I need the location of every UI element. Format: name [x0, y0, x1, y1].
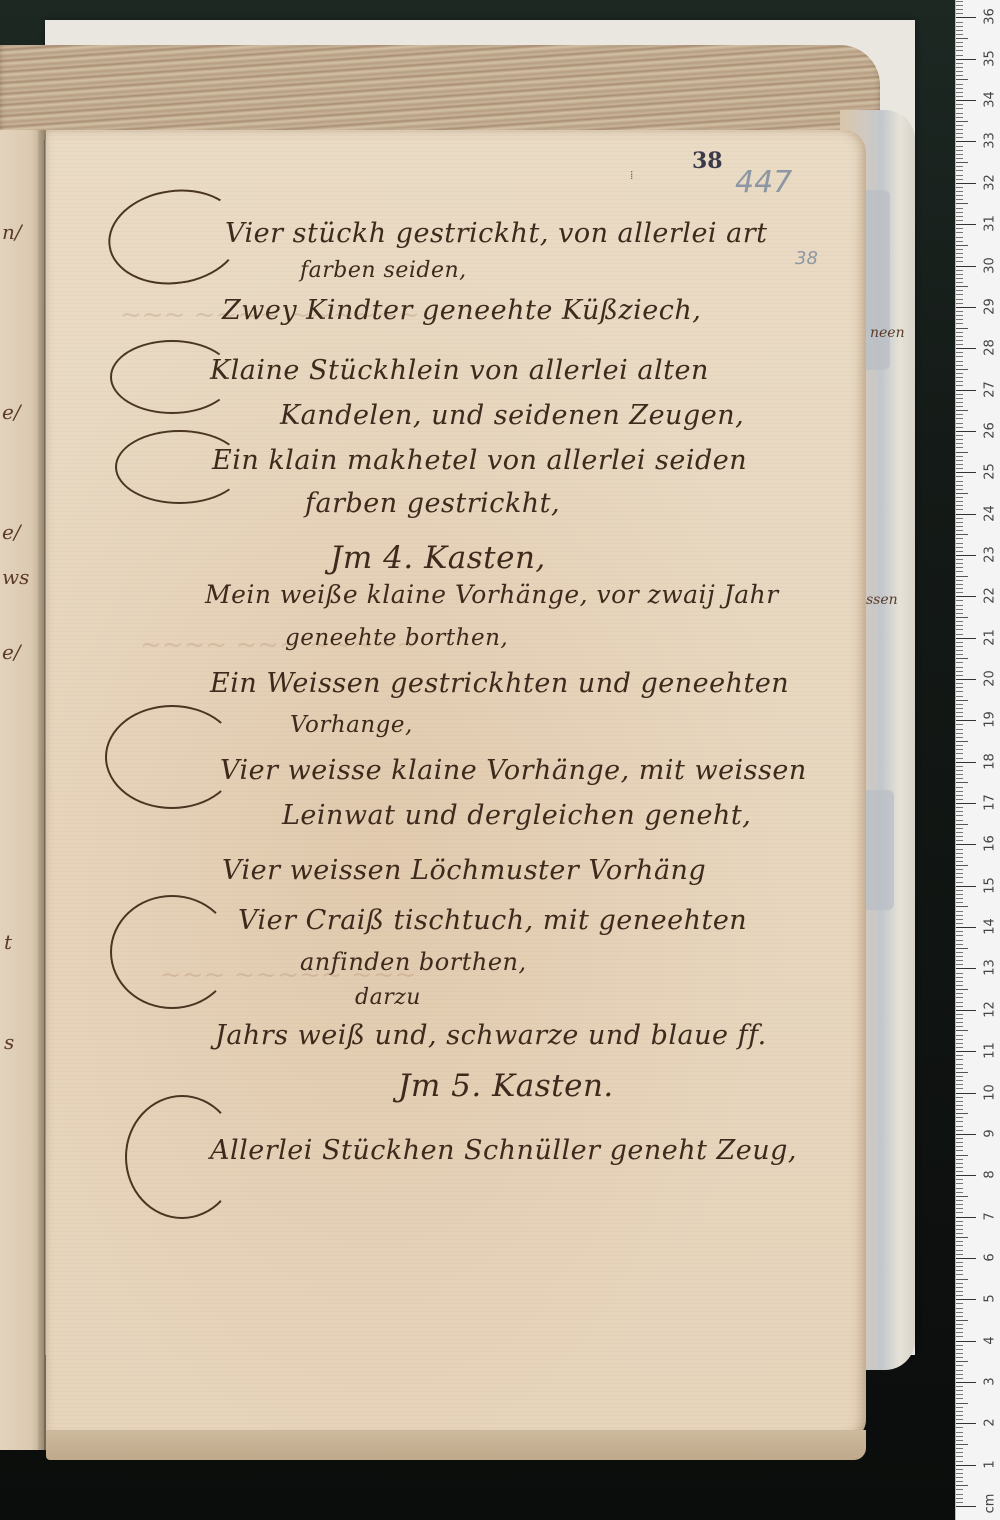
- ruler-tick: [956, 1456, 963, 1457]
- manuscript-line: Mein weiße klaine Vorhänge, vor zwaij Ja…: [205, 580, 779, 609]
- ruler-label: 32: [983, 172, 998, 192]
- ruler-tick: [956, 1473, 963, 1474]
- ruler-tick: [956, 274, 963, 275]
- ruler-tick: [956, 940, 963, 941]
- ruler-tick: [956, 667, 963, 668]
- ruler-tick: [956, 700, 968, 701]
- ruler-tick: [956, 1477, 963, 1478]
- ruler-tick: [956, 1014, 963, 1015]
- manuscript-line: geneehte borthen,: [285, 625, 508, 651]
- ruler-tick: [956, 1088, 963, 1089]
- ruler-tick: [956, 1461, 963, 1462]
- ruler-tick: [956, 1225, 963, 1226]
- manuscript-line: farben seiden,: [300, 258, 467, 283]
- ruler-tick: [956, 71, 963, 72]
- ruler-tick: [956, 1196, 968, 1197]
- ruler-tick: [956, 5, 963, 6]
- ruler-tick: [956, 216, 963, 217]
- ruler-tick: [956, 55, 963, 56]
- ruler-tick: [956, 63, 963, 64]
- ruler-tick: [956, 576, 968, 577]
- ruler-tick: [956, 1188, 963, 1189]
- ruler-tick: [956, 944, 963, 945]
- ruler-tick: [956, 1411, 963, 1412]
- ruler-tick: [956, 687, 963, 688]
- ruler-tick: [956, 774, 963, 775]
- ruler-tick: [956, 1146, 963, 1147]
- ruler-label: 25: [983, 462, 998, 482]
- facing-page-fragment: e/: [2, 520, 21, 544]
- ruler-tick: [956, 638, 976, 639]
- ruler-tick: [956, 220, 963, 221]
- ruler-tick: [956, 1093, 976, 1094]
- ruler-tick: [956, 50, 963, 51]
- ruler-tick: [956, 1341, 976, 1342]
- ruler-tick: [956, 88, 963, 89]
- ruler-label: 28: [983, 338, 998, 358]
- ruler-tick: [956, 621, 963, 622]
- ruler-tick: [956, 108, 963, 109]
- ruler-label: 18: [983, 751, 998, 771]
- ruler-tick: [956, 935, 963, 936]
- ruler-tick: [956, 1002, 963, 1003]
- ruler-tick: [956, 530, 963, 531]
- ruler-tick: [956, 1163, 963, 1164]
- ruler-tick: [956, 311, 963, 312]
- ruler-tick: [956, 373, 963, 374]
- ruler-tick: [956, 857, 963, 858]
- ruler-tick: [956, 212, 963, 213]
- ruler-tick: [956, 1030, 968, 1031]
- ruler-tick: [956, 824, 968, 825]
- ruler-tick: [956, 927, 976, 928]
- capital-flourish: [110, 895, 234, 1009]
- ruler-tick: [956, 1183, 963, 1184]
- ruler-tick: [956, 811, 963, 812]
- ruler-tick: [956, 1279, 968, 1280]
- ruler-tick: [956, 559, 963, 560]
- ruler-tick: [956, 1171, 963, 1172]
- ruler-tick: [956, 1229, 963, 1230]
- ruler-label: 2: [983, 1413, 998, 1433]
- ruler-tick: [956, 187, 963, 188]
- ruler-tick: [956, 290, 963, 291]
- pencil-secondary-number: 38: [795, 248, 818, 269]
- ruler-tick: [956, 1084, 963, 1085]
- ruler-tick: [956, 75, 963, 76]
- ruler-tick: [956, 1382, 976, 1383]
- ruler-tick: [956, 799, 963, 800]
- ruler-tick: [956, 385, 963, 386]
- ruler-tick: [956, 931, 963, 932]
- ruler-tick: [956, 497, 963, 498]
- ruler-tick: [956, 472, 976, 473]
- ruler-tick: [956, 1266, 963, 1267]
- ruler-tick: [956, 232, 963, 233]
- ruler-tick: [956, 203, 968, 204]
- ruler-label: 10: [983, 1082, 998, 1102]
- ruler-tick: [956, 1287, 963, 1288]
- ruler-tick: [956, 141, 976, 142]
- ruler-tick: [956, 1064, 963, 1065]
- ruler-tick: [956, 964, 963, 965]
- ruler-tick: [956, 948, 968, 949]
- ruler-tick: [956, 1113, 968, 1114]
- ruler-tick: [956, 266, 976, 267]
- ruler-tick: [956, 315, 963, 316]
- ruler-tick: [956, 402, 963, 403]
- ruler-tick: [956, 1204, 963, 1205]
- ruler-tick: [956, 299, 963, 300]
- ruler-tick: [956, 1068, 963, 1069]
- ruler-tick: [956, 439, 963, 440]
- ruler-tick: [956, 336, 963, 337]
- ruler-tick: [956, 394, 963, 395]
- ruler-tick: [956, 617, 968, 618]
- ruler-tick: [956, 84, 963, 85]
- ruler-tick: [956, 658, 968, 659]
- ruler-tick: [956, 241, 963, 242]
- manuscript-line: Leinwat und dergleichen geneht,: [282, 800, 751, 831]
- ruler-tick: [956, 522, 963, 523]
- ruler-tick: [956, 1299, 976, 1300]
- ruler-tick: [956, 1448, 963, 1449]
- ruler-tick: [956, 158, 963, 159]
- ruler-tick: [956, 1419, 963, 1420]
- ruler-tick: [956, 1295, 963, 1296]
- ruler-tick: [956, 191, 963, 192]
- ruler-tick: [956, 985, 963, 986]
- ruler-tick: [956, 919, 963, 920]
- ruler-tick: [956, 787, 963, 788]
- ruler-tick: [956, 679, 976, 680]
- ruler-tick: [956, 696, 963, 697]
- manuscript-line: darzu: [355, 985, 421, 1010]
- ruler-tick: [956, 923, 963, 924]
- edge-note: neen: [870, 325, 905, 341]
- ruler-tick: [956, 1018, 963, 1019]
- ruler-tick: [956, 1370, 963, 1371]
- ruler-tick: [956, 952, 963, 953]
- ruler-tick: [956, 861, 963, 862]
- ruler-tick: [956, 489, 963, 490]
- manuscript-line: Kandelen, und seidenen Zeugen,: [280, 400, 744, 431]
- ruler-tick: [956, 1080, 963, 1081]
- ruler-tick: [956, 1432, 963, 1433]
- ruler-tick: [956, 662, 963, 663]
- ruler-tick: [956, 261, 963, 262]
- ruler-tick: [956, 183, 976, 184]
- ruler-label: 11: [983, 1041, 998, 1061]
- ruler-tick: [956, 1365, 963, 1366]
- heading-kasten-5: Jm 5. Kasten.: [398, 1068, 614, 1104]
- ruler-tick: [956, 30, 963, 31]
- ruler-tick: [956, 815, 963, 816]
- ruler-tick: [956, 323, 963, 324]
- ruler-tick: [956, 1407, 963, 1408]
- ruler-tick: [956, 741, 968, 742]
- ruler-tick: [956, 104, 963, 105]
- ruler-tick: [956, 1221, 963, 1222]
- ruler-label: 34: [983, 90, 998, 110]
- ruler-tick: [956, 1022, 963, 1023]
- ruler-tick: [956, 113, 963, 114]
- ruler-tick: [956, 452, 968, 453]
- ruler-tick: [956, 832, 963, 833]
- ruler-tick: [956, 270, 963, 271]
- ruler-tick: [956, 629, 963, 630]
- facing-page-fragment: e/: [2, 400, 21, 424]
- ruler-tick: [956, 654, 963, 655]
- ruler-tick: [956, 1076, 963, 1077]
- ruler-tick: [956, 1498, 963, 1499]
- facing-page-fragment: s: [4, 1030, 14, 1054]
- ruler-label: 12: [983, 999, 998, 1019]
- ruler-tick: [956, 675, 963, 676]
- ruler-tick: [956, 319, 963, 320]
- ruler-tick: [956, 1026, 963, 1027]
- ruler-tick: [956, 989, 968, 990]
- ruler-tick: [956, 634, 963, 635]
- ruler-tick: [956, 1241, 963, 1242]
- ruler-tick: [956, 137, 963, 138]
- ruler-tick: [956, 1465, 976, 1466]
- ruler-tick: [956, 911, 963, 912]
- ruler-tick: [956, 1159, 963, 1160]
- ruler-tick: [956, 1489, 963, 1490]
- ruler-tick: [956, 208, 963, 209]
- ruler-tick: [956, 729, 963, 730]
- ruler-tick: [956, 551, 963, 552]
- ruler-tick: [956, 1142, 963, 1143]
- ruler-tick: [956, 1316, 963, 1317]
- ruler-tick: [956, 340, 963, 341]
- ruler-tick: [956, 46, 963, 47]
- ruler-tick: [956, 125, 963, 126]
- ruler-tick: [956, 737, 963, 738]
- ruler-tick: [956, 493, 968, 494]
- ruler-tick: [956, 518, 963, 519]
- ruler-tick: [956, 563, 963, 564]
- ruler-tick: [956, 22, 963, 23]
- ruler-tick: [956, 1126, 963, 1127]
- ruler-tick: [956, 245, 968, 246]
- ruler-tick: [956, 1179, 963, 1180]
- ruler-tick: [956, 1, 963, 2]
- ruler-tick: [956, 869, 963, 870]
- ruler-tick: [956, 749, 963, 750]
- ruler-label: 24: [983, 503, 998, 523]
- manuscript-line: Ein klain makhetel von allerlei seiden: [212, 445, 747, 476]
- ruler-tick: [956, 758, 963, 759]
- ruler-tick: [956, 993, 963, 994]
- ruler-tick: [956, 1039, 963, 1040]
- ruler-tick: [956, 766, 963, 767]
- ruler-tick: [956, 1485, 968, 1486]
- ruler-tick: [956, 708, 963, 709]
- ruler-tick: [956, 1349, 963, 1350]
- manuscript-line: Jahrs weiß und, schwarze und blaue ff.: [215, 1020, 767, 1051]
- ruler-tick: [956, 162, 968, 163]
- ruler-tick: [956, 683, 963, 684]
- ruler-tick: [956, 778, 963, 779]
- ruler-tick: [956, 1415, 963, 1416]
- ruler-tick: [956, 1303, 963, 1304]
- ruler-tick: [956, 538, 963, 539]
- ruler-tick: [956, 844, 976, 845]
- manuscript-line: Klaine Stückhlein von allerlei alten: [210, 355, 709, 386]
- ruler-tick: [956, 973, 963, 974]
- ruler-tick: [956, 294, 963, 295]
- ruler-tick: [956, 344, 963, 345]
- ruler-tick: [956, 580, 963, 581]
- ruler-tick: [956, 1270, 963, 1271]
- ruler-tick: [956, 406, 963, 407]
- ruler-tick: [956, 1047, 963, 1048]
- ruler-tick: [956, 1440, 963, 1441]
- manuscript-line: Zwey Kindter geneehte Küßziech,: [222, 295, 701, 326]
- ruler-tick: [956, 977, 963, 978]
- ruler-tick: [956, 894, 963, 895]
- ruler-tick: [956, 605, 963, 606]
- ruler-tick: [956, 956, 963, 957]
- ruler-tick: [956, 724, 963, 725]
- ruler-tick: [956, 456, 963, 457]
- ruler-tick: [956, 915, 963, 916]
- ruler-tick: [956, 1423, 976, 1424]
- ruler-tick: [956, 410, 968, 411]
- ruler-tick: [956, 1469, 963, 1470]
- ruler-tick: [956, 1398, 963, 1399]
- facing-page-fragment: t: [4, 930, 12, 954]
- ruler-label: 8: [983, 1165, 998, 1185]
- ruler-tick: [956, 1481, 963, 1482]
- ruler-tick: [956, 600, 963, 601]
- manuscript-line: Vier Craiß tischtuch, mit geneehten: [238, 905, 747, 936]
- ruler-tick: [956, 898, 963, 899]
- ruler-tick: [956, 1105, 963, 1106]
- ruler-tick: [956, 770, 963, 771]
- ruler-tick: [956, 625, 963, 626]
- ruler-label: 14: [983, 917, 998, 937]
- ruler-tick: [956, 129, 963, 130]
- manuscript-line: Vier weisse klaine Vorhänge, mit weissen: [220, 755, 807, 786]
- ruler-tick: [956, 1403, 968, 1404]
- facing-page-fragment: n/: [2, 220, 22, 244]
- ruler-tick: [956, 278, 963, 279]
- ruler-label: 5: [983, 1289, 998, 1309]
- ruler-tick: [956, 1291, 963, 1292]
- ruler-tick: [956, 1506, 976, 1507]
- manuscript-line: Vorhange,: [290, 712, 413, 738]
- ruler-tick: [956, 175, 963, 176]
- ruler-tick: [956, 348, 976, 349]
- manuscript-line: farben gestrickht,: [305, 488, 560, 519]
- ruler-label: 6: [983, 1247, 998, 1267]
- ruler-tick: [956, 671, 963, 672]
- ruler-tick: [956, 381, 963, 382]
- ruler-tick: [956, 427, 963, 428]
- ruler-tick: [956, 526, 963, 527]
- ruler-tick: [956, 418, 963, 419]
- ruler-label: 29: [983, 296, 998, 316]
- ruler-tick: [956, 514, 976, 515]
- ruler-label: 3: [983, 1371, 998, 1391]
- ruler-tick: [956, 253, 963, 254]
- ruler-label: 26: [983, 420, 998, 440]
- ruler-label: 15: [983, 875, 998, 895]
- ruler-tick: [956, 228, 963, 229]
- ruler-tick: [956, 121, 968, 122]
- ruler-tick: [956, 67, 963, 68]
- ruler-tick: [956, 873, 963, 874]
- ruler-unit-label: cm: [983, 1494, 998, 1514]
- ruler-tick: [956, 328, 968, 329]
- ruler-label: 36: [983, 7, 998, 27]
- ruler-tick: [956, 42, 963, 43]
- facing-page-fragment: ws: [2, 565, 29, 589]
- ruler-tick: [956, 981, 963, 982]
- heading-kasten-4: Jm 4. Kasten,: [330, 540, 546, 576]
- ruler-tick: [956, 464, 963, 465]
- ruler-tick: [956, 1192, 963, 1193]
- ruler-tick: [956, 997, 963, 998]
- ruler-tick: [956, 571, 963, 572]
- ruler-tick: [956, 286, 968, 287]
- ruler-tick: [956, 1386, 963, 1387]
- ruler-tick: [956, 1059, 963, 1060]
- ruler-tick: [956, 1043, 963, 1044]
- ruler-tick: [956, 1051, 976, 1052]
- ruler-tick: [956, 257, 963, 258]
- ruler-tick: [956, 762, 976, 763]
- ruler-tick: [956, 890, 963, 891]
- ruler-tick: [956, 902, 963, 903]
- ruler-tick: [956, 1006, 963, 1007]
- ruler-tick: [956, 96, 963, 97]
- ruler-tick: [956, 356, 963, 357]
- ruler-tick: [956, 795, 963, 796]
- ruler-tick: [956, 443, 963, 444]
- ruler-tick: [956, 26, 963, 27]
- ruler-tick: [956, 853, 963, 854]
- ruler-tick: [956, 1494, 963, 1495]
- ruler-tick: [956, 567, 963, 568]
- ruler-tick: [956, 1167, 963, 1168]
- ruler-tick: [956, 1258, 976, 1259]
- ruler-tick: [956, 886, 976, 887]
- ruler-label: 22: [983, 586, 998, 606]
- ruler-tick: [956, 1130, 963, 1131]
- ruler-tick: [956, 414, 963, 415]
- ruler-tick: [956, 1208, 963, 1209]
- book-bottom-edges: [46, 1430, 866, 1460]
- ruler-tick: [956, 150, 963, 151]
- ruler-tick: [956, 501, 963, 502]
- ruler-tick: [956, 1320, 968, 1321]
- ruler-tick: [956, 592, 963, 593]
- ruler-tick: [956, 199, 963, 200]
- ruler-tick: [956, 59, 976, 60]
- ruler-tick: [956, 476, 963, 477]
- ruler-tick: [956, 1254, 963, 1255]
- ruler-tick: [956, 543, 963, 544]
- ruler-tick: [956, 1328, 963, 1329]
- ruler-tick: [956, 1353, 963, 1354]
- ruler-tick: [956, 1117, 963, 1118]
- ruler-tick: [956, 1138, 963, 1139]
- ruler-tick: [956, 92, 963, 93]
